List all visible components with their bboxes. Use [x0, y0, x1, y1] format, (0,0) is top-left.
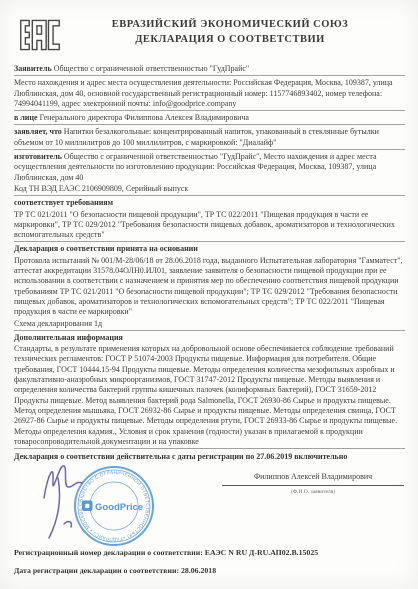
additional-info-heading: Дополнительная информация: [14, 333, 405, 343]
applicant-address: Место нахождения и адрес места осуществл…: [14, 78, 405, 111]
representative-value: Генерального директора Филиппова Алексея…: [40, 113, 249, 122]
union-title: ЕВРАЗИЙСКИЙ ЭКОНОМИЧЕСКИЙ СОЮЗ: [60, 17, 400, 32]
stamp-company-name: GoodPrice: [95, 502, 143, 513]
signatory-caption: (Ф.И.О. заявителя): [222, 487, 404, 497]
signature-line: [222, 485, 404, 486]
basis-text: Протокола испытаний № 001/М-28/06/18 от …: [14, 256, 405, 318]
applicant-field: Заявитель Общество с ограниченной ответс…: [14, 64, 405, 76]
signature-area: ОБЩЕСТВО С ОГРАНИЧЕННОЙ ОТВЕТСТВЕННОСТЬЮ…: [14, 464, 405, 542]
registration-date-line: Дата регистрации декларации о соответств…: [14, 566, 392, 576]
tn-ved-code-line: Код ТН ВЭД ЕАЭС 2106909809, Серийный вып…: [14, 184, 405, 196]
applicant-value: Общество с ограниченной ответственностью…: [54, 64, 250, 73]
signatory-block: Филиппов Алексей Владимирович (Ф.И.О. за…: [222, 472, 404, 497]
signature: [38, 458, 102, 550]
signatory-name: Филиппов Алексей Владимирович: [222, 472, 404, 482]
representative-field: в лице Генерального директора Филиппова …: [14, 113, 405, 125]
declares-label: заявляет, что: [14, 127, 62, 136]
compliance-regulations: ТР ТС 021/2011 "О безопасности пищевой п…: [14, 210, 405, 243]
compliance-heading: соответствует требованиям: [14, 198, 405, 208]
manufacturer-value: Общество с ограниченной ответственностью…: [14, 152, 377, 182]
manufacturer-field: изготовитель Общество с ограниченной отв…: [14, 152, 405, 183]
document-title: ДЕКЛАРАЦИЯ О СООТВЕТСТВИИ: [60, 32, 400, 47]
declaration-scheme-line: Схема декларирования 1д: [14, 319, 405, 331]
manufacturer-label: изготовитель: [14, 152, 62, 161]
applicant-label: Заявитель: [14, 64, 52, 73]
eac-logo: [20, 14, 60, 56]
declaration-document: ЕВРАЗИЙСКИЙ ЭКОНОМИЧЕСКИЙ СОЮЗ ДЕКЛАРАЦИ…: [0, 0, 418, 589]
additional-info-text: Стандарты, в результате применения котор…: [14, 344, 405, 449]
document-header: ЕВРАЗИЙСКИЙ ЭКОНОМИЧЕСКИЙ СОЮЗ ДЕКЛАРАЦИ…: [0, 0, 418, 58]
basis-heading: Декларация о соответствии принята на осн…: [14, 244, 405, 254]
document-body: Заявитель Общество с ограниченной ответс…: [0, 58, 418, 576]
product-description: Напитки безалкогольные: концентрированны…: [14, 127, 379, 146]
product-declaration-field: заявляет, что Напитки безалкогольные: ко…: [14, 127, 405, 150]
representative-label: в лице: [14, 113, 38, 122]
